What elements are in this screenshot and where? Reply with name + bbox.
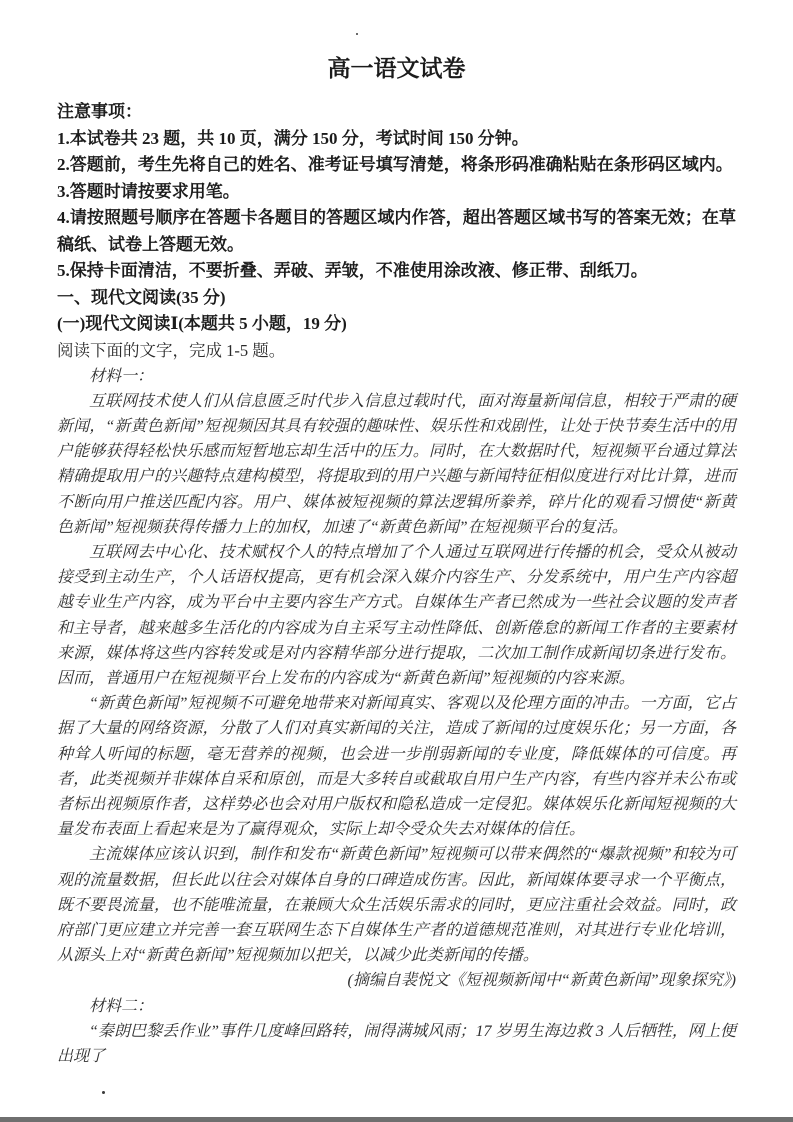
scan-speck-bottom [102, 1091, 105, 1094]
material-1-paragraph-2: 互联网去中心化、技术赋权个人的特点增加了个人通过互联网进行传播的机会，受众从被动… [57, 540, 736, 691]
material-1-attribution: (摘编自裴悦文《短视频新闻中“新黄色新闻”现象探究》) [57, 968, 736, 993]
notice-item-1: 1.本试卷共 23 题，共 10 页，满分 150 分，考试时间 150 分钟。 [57, 126, 736, 153]
notices-section: 注意事项： 1.本试卷共 23 题，共 10 页，满分 150 分，考试时间 1… [57, 99, 736, 285]
exam-paper: 高一语文试卷 注意事项： 1.本试卷共 23 题，共 10 页，满分 150 分… [0, 0, 793, 1069]
material-2: 材料二： “秦朗巴黎丢作业”事件几度峰回路转，闹得满城风雨；17 岁男生海边救 … [57, 994, 736, 1070]
notice-item-2: 2.答题前，考生先将自己的姓名、准考证号填写清楚，将条形码准确粘贴在条形码区域内… [57, 152, 736, 179]
material-1-paragraph-3: “新黄色新闻”短视频不可避免地带来对新闻真实、客观以及伦理方面的冲击。一方面，它… [57, 691, 736, 842]
notice-item-5: 5.保持卡面清洁，不要折叠、弄破、弄皱，不准使用涂改液、修正带、刮纸刀。 [57, 258, 736, 285]
material-2-label: 材料二： [57, 994, 736, 1019]
section-subheading: (一)现代文阅读Ⅰ(本题共 5 小题，19 分) [57, 311, 736, 338]
notice-item-3: 3.答题时请按要求用笔。 [57, 179, 736, 206]
material-1-paragraph-4: 主流媒体应该认识到，制作和发布“新黄色新闻”短视频可以带来偶然的“爆款视频”和较… [57, 842, 736, 968]
scan-speck-top [356, 33, 358, 35]
material-1: 材料一： 互联网技术使人们从信息匮乏时代步入信息过载时代，面对海量新闻信息，相较… [57, 364, 736, 994]
material-2-paragraph-1: “秦朗巴黎丢作业”事件几度峰回路转，闹得满城风雨；17 岁男生海边救 3 人后牺… [57, 1019, 736, 1069]
material-1-paragraph-1: 互联网技术使人们从信息匮乏时代步入信息过载时代，面对海量新闻信息，相较于严肃的硬… [57, 389, 736, 540]
reading-instruction: 阅读下面的文字，完成 1-5 题。 [57, 338, 736, 364]
page-bottom-edge [0, 1117, 793, 1122]
section-heading: 一、现代文阅读(35 分) [57, 285, 736, 312]
notices-heading: 注意事项： [57, 99, 736, 126]
notice-item-4: 4.请按照题号顺序在答题卡各题目的答题区域内作答，超出答题区域书写的答案无效；在… [57, 205, 736, 258]
material-1-label: 材料一： [57, 364, 736, 389]
section-modern-text-reading: 一、现代文阅读(35 分) (一)现代文阅读Ⅰ(本题共 5 小题，19 分) 阅… [57, 285, 736, 1070]
page-title: 高一语文试卷 [57, 52, 736, 86]
